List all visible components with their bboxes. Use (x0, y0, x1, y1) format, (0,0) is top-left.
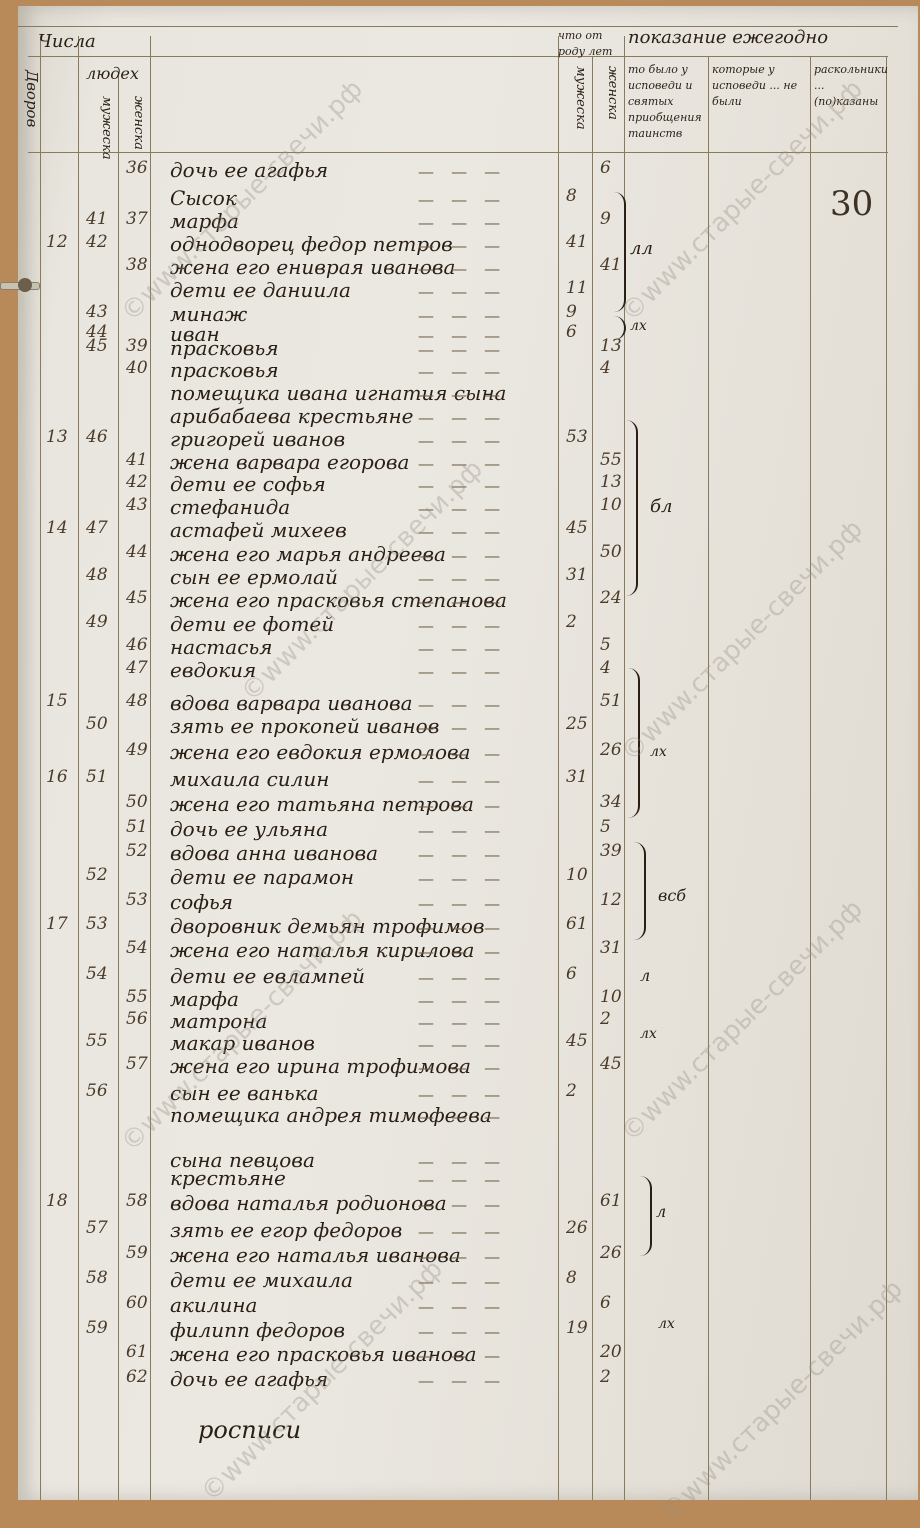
filler-dash: — — — (418, 771, 506, 790)
female-count: 52 (126, 841, 148, 861)
page-number: 30 (830, 184, 873, 224)
filler-dash: — — — (418, 431, 506, 450)
household-number: 13 (46, 427, 68, 447)
age-male: 26 (566, 1218, 588, 1238)
person-entry: настасья (170, 635, 273, 659)
female-count: 61 (126, 1342, 148, 1362)
age-male: 8 (566, 1268, 577, 1288)
female-count: 40 (126, 358, 148, 378)
female-count: 58 (126, 1191, 148, 1211)
filler-dash: — — — (418, 385, 506, 404)
filler-dash: — — — (418, 968, 506, 987)
female-count: 60 (126, 1293, 148, 1313)
person-entry: крестьяне (170, 1166, 286, 1190)
age-female: 39 (600, 841, 622, 861)
age-female: 2 (600, 1367, 611, 1387)
watermark: ©www.старые-свечи.рф (655, 1274, 908, 1500)
age-female: 5 (600, 817, 611, 837)
filler-dash: — — — (418, 942, 506, 961)
filler-dash: — — — (418, 306, 506, 325)
female-count: 50 (126, 792, 148, 812)
filler-dash: — — — (418, 408, 506, 427)
person-entry: стефанида (170, 495, 290, 519)
age-male: 10 (566, 865, 588, 885)
brace-note: лх (658, 1316, 675, 1332)
household-number: 15 (46, 691, 68, 711)
filler-dash: — — — (418, 744, 506, 763)
age-male: 53 (566, 427, 588, 447)
household-number: 14 (46, 518, 68, 538)
filler-dash: — — — (418, 991, 506, 1010)
male-count: 47 (86, 518, 108, 538)
age-male: 31 (566, 565, 588, 585)
header-age-male: мужеска (572, 66, 588, 130)
age-male: 11 (566, 278, 588, 298)
male-count: 52 (86, 865, 108, 885)
person-entry: прасковья (170, 358, 279, 382)
filler-dash: — — — (418, 894, 506, 913)
age-female: 10 (600, 495, 622, 515)
female-count: 37 (126, 209, 148, 229)
filler-dash: — — — (418, 1371, 506, 1390)
filler-dash: — — — (418, 616, 506, 635)
age-female: 4 (600, 358, 611, 378)
filler-dash: — — — (418, 213, 506, 232)
male-count: 50 (86, 714, 108, 734)
household-number: 17 (46, 914, 68, 934)
filler-dash: — — — (418, 662, 506, 681)
filler-dash: — — — (418, 718, 506, 737)
filler-dash: — — — (418, 1107, 506, 1126)
person-entry: жена его ениврая иванова (170, 255, 455, 279)
female-count: 38 (126, 255, 148, 275)
brace-note: всб (658, 886, 686, 905)
age-male: 2 (566, 1081, 577, 1101)
person-entry: зять ее егор федоров (170, 1218, 402, 1242)
age-male: 6 (566, 964, 577, 984)
age-female: 2 (600, 1009, 611, 1029)
filler-dash: — — — (418, 162, 506, 181)
rule-line (810, 56, 811, 1500)
age-female: 55 (600, 450, 622, 470)
person-entry: марфа (170, 987, 239, 1011)
male-count: 54 (86, 964, 108, 984)
filler-dash: — — — (418, 1346, 506, 1365)
female-count: 51 (126, 817, 148, 837)
age-female: 12 (600, 890, 622, 910)
header-persons-label: людех (86, 66, 139, 82)
age-female: 4 (600, 658, 611, 678)
person-entry: дети ее даниила (170, 278, 351, 302)
rule-line (150, 36, 151, 1500)
female-count: 39 (126, 336, 148, 356)
age-male: 45 (566, 1031, 588, 1051)
male-count: 45 (86, 336, 108, 356)
brace-note: лх (640, 1026, 657, 1042)
age-female: 50 (600, 542, 622, 562)
age-female: 24 (600, 588, 622, 608)
filler-dash: — — — (418, 569, 506, 588)
female-count: 49 (126, 740, 148, 760)
age-female: 6 (600, 1293, 611, 1313)
age-male: 2 (566, 612, 577, 632)
age-male: 8 (566, 186, 577, 206)
filler-dash: — — — (418, 1085, 506, 1104)
filler-dash: — — — (418, 1035, 506, 1054)
filler-dash: — — — (418, 282, 506, 301)
person-entry: арибабаева крестьяне (170, 404, 414, 428)
brace-bracket (634, 842, 646, 940)
header-households: Дворов (24, 70, 40, 127)
filler-dash: — — — (418, 592, 506, 611)
header-age-female: женска (604, 66, 620, 120)
person-entry: михаила силин (170, 767, 329, 791)
filler-dash: — — — (418, 340, 506, 359)
age-male: 6 (566, 322, 577, 342)
female-count: 57 (126, 1054, 148, 1074)
rule-line (40, 36, 41, 1500)
person-entry: дети ее софья (170, 472, 326, 496)
rule-line (28, 56, 888, 57)
filler-dash: — — — (418, 1195, 506, 1214)
female-count: 54 (126, 938, 148, 958)
person-entry: акилина (170, 1293, 257, 1317)
age-male: 9 (566, 302, 577, 322)
age-female: 45 (600, 1054, 622, 1074)
male-count: 57 (86, 1218, 108, 1238)
filler-dash: — — — (418, 259, 506, 278)
male-count: 59 (86, 1318, 108, 1338)
female-count: 43 (126, 495, 148, 515)
female-count: 55 (126, 987, 148, 1007)
age-male: 41 (566, 232, 588, 252)
female-count: 45 (126, 588, 148, 608)
male-count: 49 (86, 612, 108, 632)
female-count: 47 (126, 658, 148, 678)
filler-dash: — — — (418, 796, 506, 815)
filler-dash: — — — (418, 869, 506, 888)
rule-line (558, 36, 559, 1500)
brace-note: лл (630, 238, 653, 259)
age-female: 51 (600, 691, 622, 711)
header-remarks-col2: которые у исповеди ... не были (712, 62, 808, 110)
female-count: 56 (126, 1009, 148, 1029)
male-count: 48 (86, 565, 108, 585)
female-count: 36 (126, 158, 148, 178)
watermark: ©www.старые-свечи.рф (615, 514, 868, 767)
person-entry: сын ее ермолай (170, 565, 338, 589)
manuscript-page: Числа людех Дворов мужеска женска что от… (18, 6, 918, 1500)
filler-dash: — — — (418, 190, 506, 209)
age-male: 31 (566, 767, 588, 787)
male-count: 56 (86, 1081, 108, 1101)
brace-note: л (640, 966, 650, 985)
rule-line (78, 36, 79, 1500)
filler-dash: — — — (418, 695, 506, 714)
female-count: 44 (126, 542, 148, 562)
age-female: 20 (600, 1342, 622, 1362)
male-count: 53 (86, 914, 108, 934)
male-count: 46 (86, 427, 108, 447)
binding-hole (18, 278, 32, 292)
filler-dash: — — — (418, 1297, 506, 1316)
brace-bracket (626, 420, 638, 596)
brace-bracket (640, 1176, 652, 1256)
rule-line (592, 56, 593, 1500)
female-count: 42 (126, 472, 148, 492)
male-count: 58 (86, 1268, 108, 1288)
watermark: ©www.старые-свечи.рф (615, 894, 868, 1147)
filler-dash: — — — (418, 918, 506, 937)
male-count: 42 (86, 232, 108, 252)
header-remarks: показание ежегодно (628, 30, 828, 46)
filler-dash: — — — (418, 1152, 506, 1171)
female-count: 46 (126, 635, 148, 655)
rule-line (28, 152, 888, 153)
person-entry: дети ее парамон (170, 865, 354, 889)
age-female: 6 (600, 158, 611, 178)
person-entry: вдова наталья родионова (170, 1191, 447, 1215)
age-male: 19 (566, 1318, 588, 1338)
filler-dash: — — — (418, 1013, 506, 1032)
female-count: 59 (126, 1243, 148, 1263)
age-female: 10 (600, 987, 622, 1007)
female-count: 53 (126, 890, 148, 910)
age-female: 31 (600, 938, 622, 958)
rule-line (118, 76, 119, 1500)
filler-dash: — — — (418, 546, 506, 565)
filler-dash: — — — (418, 1222, 506, 1241)
filler-dash: — — — (418, 236, 506, 255)
filler-dash: — — — (418, 845, 506, 864)
filler-dash: — — — (418, 1170, 506, 1189)
household-number: 12 (46, 232, 68, 252)
person-entry: вдова анна иванова (170, 841, 378, 865)
male-count: 55 (86, 1031, 108, 1051)
age-male: 25 (566, 714, 588, 734)
header-numbers-label: Числа (38, 34, 96, 50)
person-entry: зять ее прокопей иванов (170, 714, 439, 738)
brace-bracket (614, 192, 626, 312)
age-female: 26 (600, 1243, 622, 1263)
female-count: 41 (126, 450, 148, 470)
age-female: 34 (600, 792, 622, 812)
person-entry: григорей иванов (170, 427, 345, 451)
age-female: 61 (600, 1191, 622, 1211)
person-entry: жена варвара егорова (170, 450, 409, 474)
male-count: 41 (86, 209, 108, 229)
age-male: 61 (566, 914, 588, 934)
header-female: женска (130, 96, 146, 150)
filler-dash: — — — (418, 362, 506, 381)
filler-dash: — — — (418, 1058, 506, 1077)
person-entry: дочь ее ульяна (170, 817, 328, 841)
rule-line (708, 56, 709, 1500)
filler-dash: — — — (418, 1322, 506, 1341)
female-count: 48 (126, 691, 148, 711)
male-count: 51 (86, 767, 108, 787)
header-male: мужеска (98, 96, 114, 160)
female-count: 62 (126, 1367, 148, 1387)
filler-dash: — — — (418, 821, 506, 840)
age-female: 9 (600, 209, 611, 229)
person-entry: астафей михеев (170, 518, 347, 542)
person-entry: софья (170, 890, 233, 914)
age-female: 5 (600, 635, 611, 655)
person-entry: дети ее михаила (170, 1268, 353, 1292)
person-entry: прасковья (170, 336, 279, 360)
age-male: 45 (566, 518, 588, 538)
household-number: 16 (46, 767, 68, 787)
brace-note: бл (650, 496, 672, 517)
household-number: 18 (46, 1191, 68, 1211)
header-ages: что от роду лет (558, 28, 622, 60)
brace-note: л (656, 1202, 666, 1221)
male-count: 43 (86, 302, 108, 322)
filler-dash: — — — (418, 639, 506, 658)
header-remarks-col1: то было у исповеди и святых приобщения т… (628, 62, 706, 142)
age-female: 13 (600, 472, 622, 492)
person-entry: вдова варвара иванова (170, 691, 413, 715)
person-entry: филипп федоров (170, 1318, 345, 1342)
